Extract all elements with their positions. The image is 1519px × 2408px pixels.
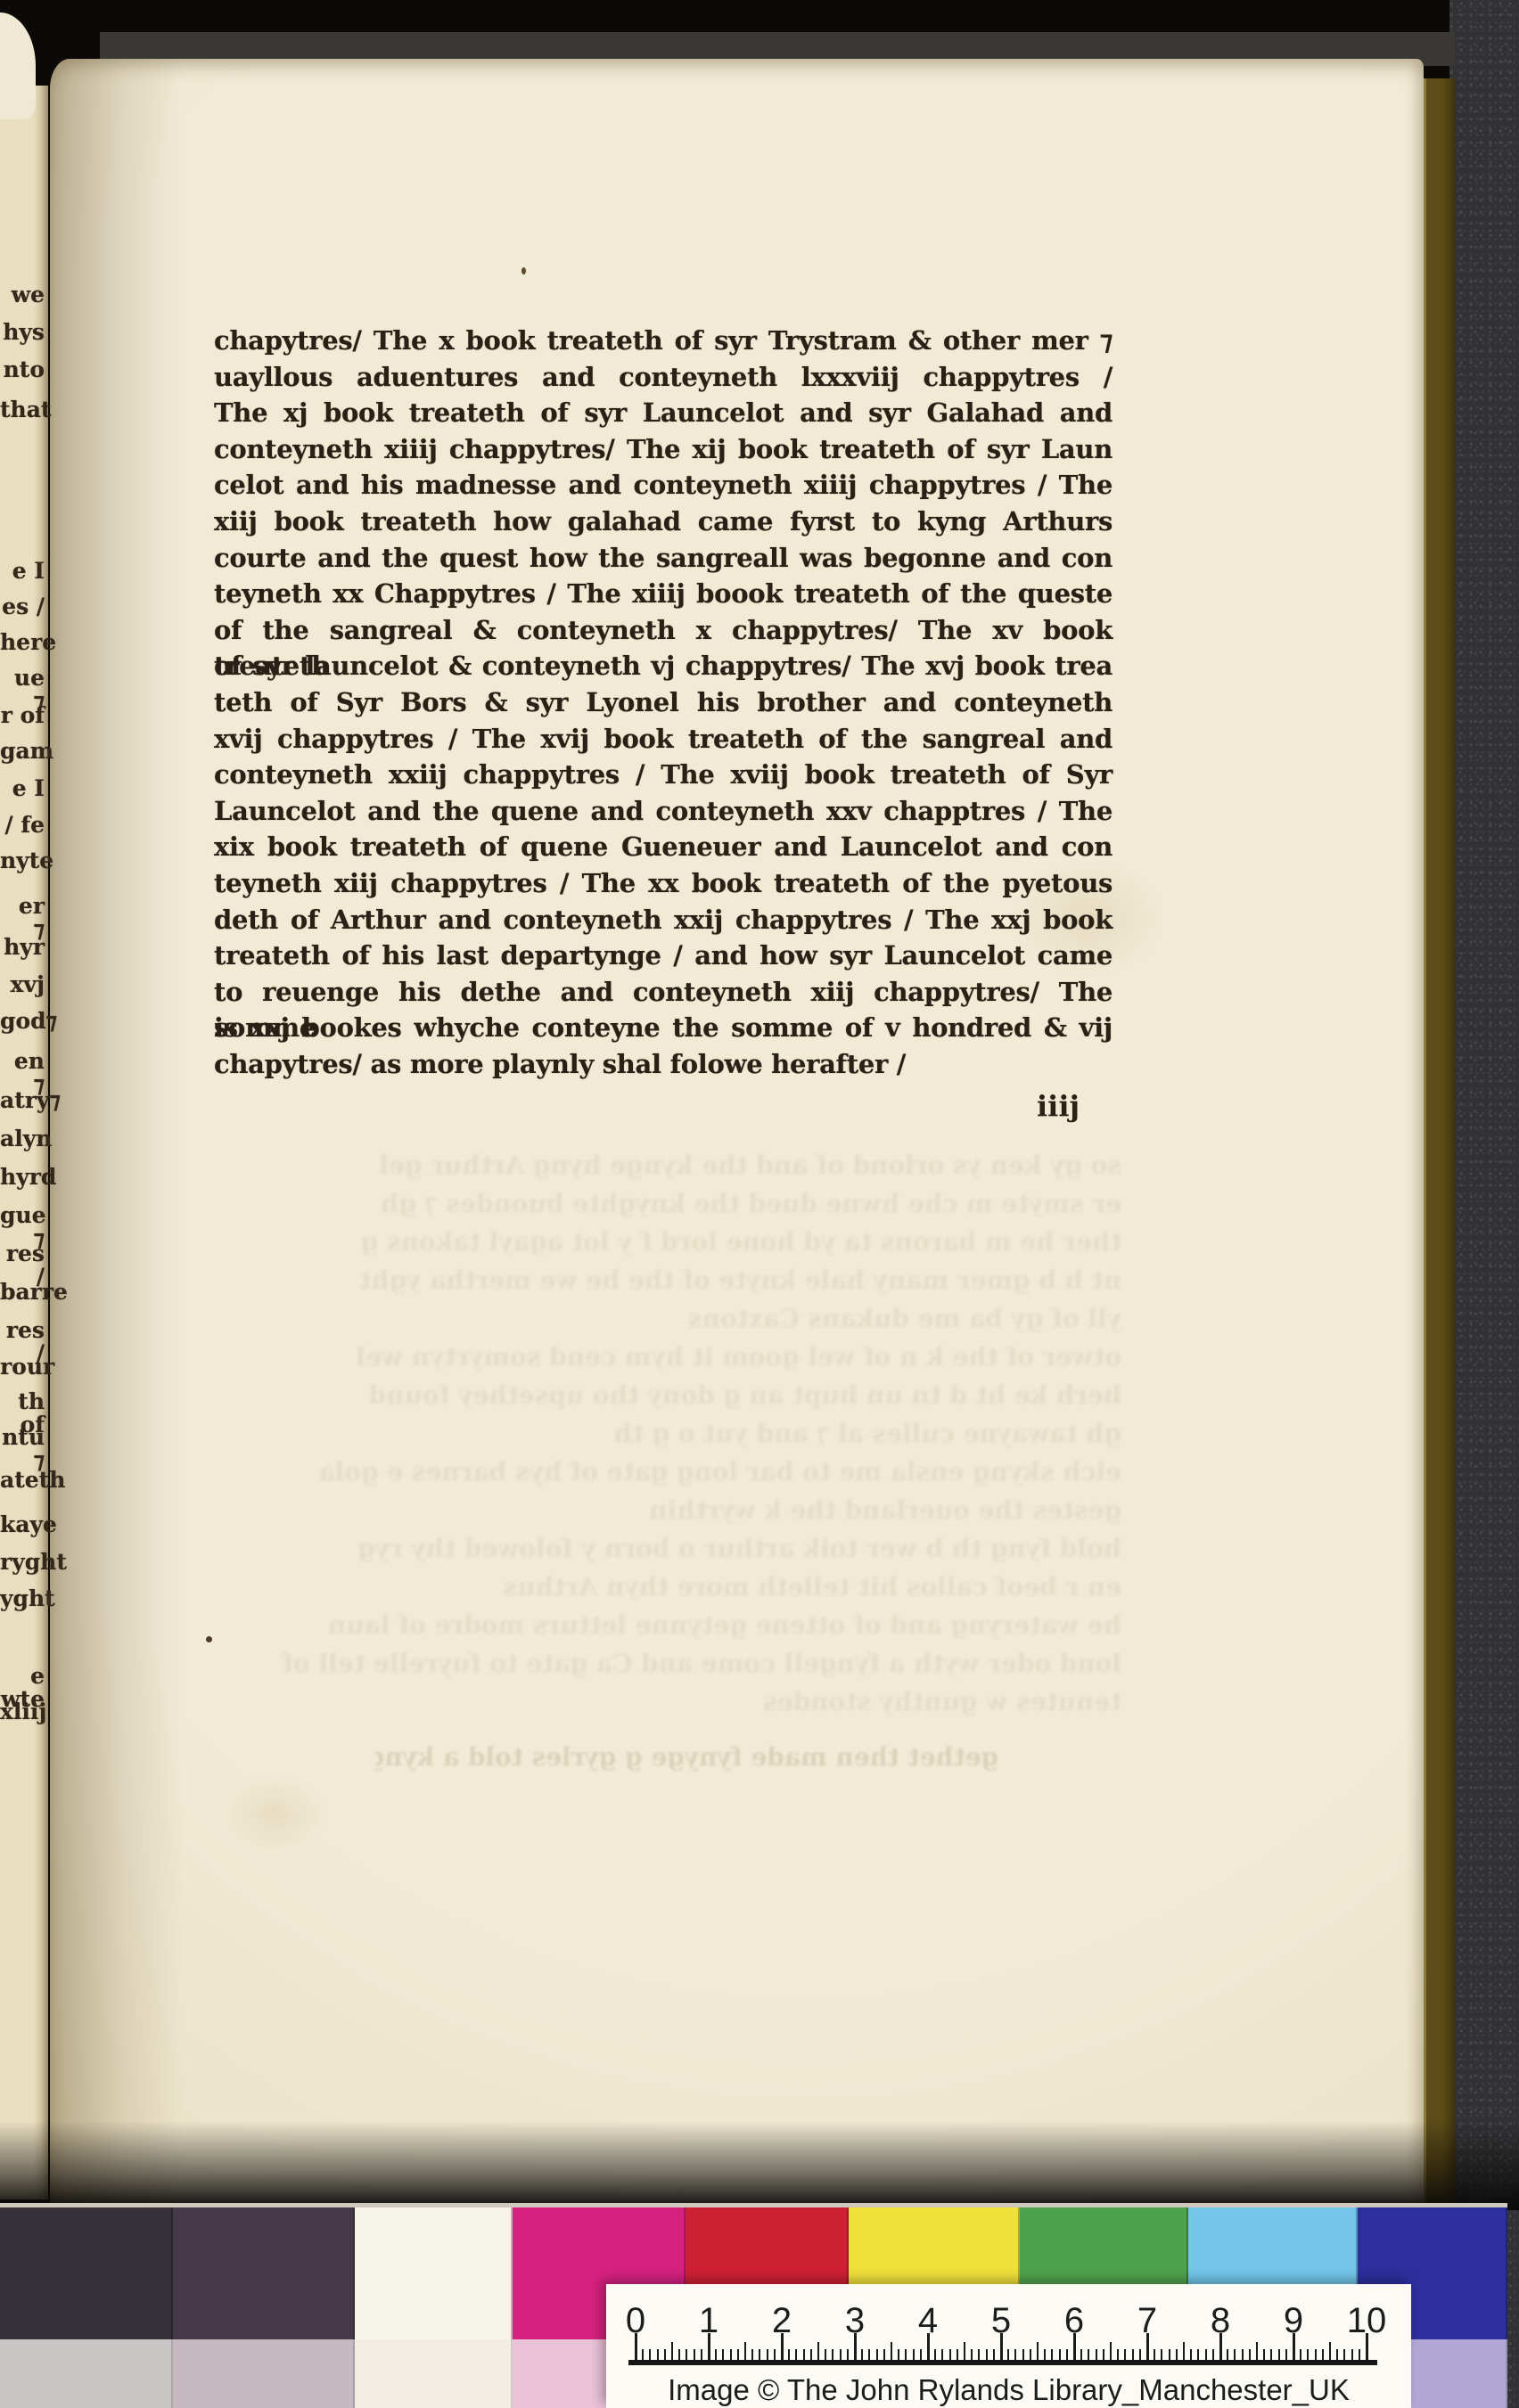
ruler-tick-mm <box>1022 2349 1024 2360</box>
ruler-tick-mm <box>1044 2349 1046 2360</box>
ruler-tick-mm <box>1007 2349 1009 2360</box>
ruler-tick-mm <box>1139 2349 1141 2360</box>
ruler-tick-mm <box>1066 2349 1068 2360</box>
ruler-tick-cm <box>1366 2333 1368 2360</box>
ruler-tick-mm <box>664 2349 666 2360</box>
ruler-tick-mm <box>861 2349 863 2360</box>
ruler-tick-mm <box>722 2349 724 2360</box>
ruler-baseline <box>628 2360 1377 2365</box>
ruler-tick-mm <box>1080 2349 1082 2360</box>
ruler-tick-mm <box>941 2349 943 2360</box>
ruler-tick-cm <box>781 2333 784 2360</box>
ruler-tick-mm <box>694 2349 695 2360</box>
ruler-tick-mm <box>1270 2349 1272 2360</box>
ruler-tick-mm <box>1096 2349 1097 2360</box>
ruler-tick-cm <box>1146 2333 1149 2360</box>
ruler-tick-mm <box>774 2349 776 2360</box>
ruler-tick-mm <box>678 2349 680 2360</box>
ruler-tick-mm <box>744 2342 746 2360</box>
ruler-tick-mm <box>1059 2349 1061 2360</box>
ruler-tick-mm <box>1132 2349 1134 2360</box>
ruler-tick-mm <box>934 2349 936 2360</box>
ruler-tick-mm <box>751 2349 753 2360</box>
ruler-tick-mm <box>825 2349 826 2360</box>
ruler-tick-mm <box>971 2349 973 2360</box>
ruler-tick-mm <box>737 2349 739 2360</box>
ruler-tick-mm <box>1278 2349 1280 2360</box>
ruler-tick-mm <box>1014 2349 1016 2360</box>
ruler-tick-mm <box>1315 2349 1317 2360</box>
ruler-tick-mm <box>1336 2349 1338 2360</box>
ruler-tick-cm <box>1000 2333 1003 2360</box>
ruler-tick-mm <box>686 2349 687 2360</box>
ruler-tick-mm <box>767 2349 768 2360</box>
ruler-tick-mm <box>1037 2342 1039 2360</box>
ruler-tick-mm <box>649 2349 651 2360</box>
ruler-tick-mm <box>913 2349 915 2360</box>
ruler-tick-mm <box>1256 2342 1258 2360</box>
ruler-tick-mm <box>1088 2349 1089 2360</box>
ruler-tick-cm <box>708 2333 710 2360</box>
ruler-tick-mm <box>1117 2349 1119 2360</box>
ruler-tick-mm <box>1343 2349 1345 2360</box>
ruler-tick-cm <box>1073 2333 1076 2360</box>
ruler-tick-mm <box>1183 2342 1185 2360</box>
ruler-tick-mm <box>1154 2349 1155 2360</box>
ruler-tick-mm <box>993 2349 995 2360</box>
ruler-tick-mm <box>898 2349 899 2360</box>
ruler-tick-mm <box>847 2349 849 2360</box>
copyright-caption: Image © The John Rylands Library_Manches… <box>606 2373 1411 2407</box>
photograph-of-book-page: chapytres/ The x book treateth of syr Tr… <box>0 0 1519 2408</box>
ruler-tick-mm <box>1285 2349 1287 2360</box>
ruler-tick-mm <box>1234 2349 1236 2360</box>
ruler-tick-mm <box>642 2349 644 2360</box>
ruler-tick-mm <box>832 2349 833 2360</box>
ruler-tick-mm <box>1161 2349 1162 2360</box>
ruler-tick-mm <box>920 2349 922 2360</box>
ruler-tick-mm <box>876 2349 878 2360</box>
ruler-tick-mm <box>657 2349 659 2360</box>
ruler-tick-mm <box>715 2349 717 2360</box>
centimetre-ruler: 012345678910 <box>0 0 1519 2408</box>
ruler-tick-mm <box>730 2349 732 2360</box>
ruler-tick-mm <box>905 2349 907 2360</box>
ruler-tick-mm <box>1242 2349 1244 2360</box>
ruler-tick-cm <box>635 2333 637 2360</box>
ruler-tick-mm <box>1124 2349 1126 2360</box>
ruler-tick-mm <box>1322 2349 1324 2360</box>
ruler-tick-mm <box>868 2349 870 2360</box>
ruler-tick-mm <box>1205 2349 1207 2360</box>
ruler-tick-mm <box>1300 2349 1301 2360</box>
ruler-tick-mm <box>964 2342 965 2360</box>
ruler-tick-mm <box>1351 2349 1353 2360</box>
ruler-tick-mm <box>949 2349 951 2360</box>
ruler-tick-mm <box>1103 2349 1104 2360</box>
ruler-tick-mm <box>1169 2349 1170 2360</box>
ruler-tick-mm <box>803 2349 805 2360</box>
ruler-tick-mm <box>1263 2349 1265 2360</box>
ruler-tick-mm <box>1051 2349 1053 2360</box>
ruler-tick-cm <box>1219 2333 1222 2360</box>
ruler-tick-mm <box>1212 2349 1214 2360</box>
ruler-tick-mm <box>701 2349 702 2360</box>
ruler-tick-cm <box>927 2333 930 2360</box>
ruler-tick-mm <box>1190 2349 1192 2360</box>
ruler-tick-cm <box>1293 2333 1295 2360</box>
ruler-tick-mm <box>1359 2349 1360 2360</box>
ruler-tick-mm <box>759 2349 760 2360</box>
ruler-tick-cm <box>854 2333 857 2360</box>
ruler-tick-mm <box>1197 2349 1199 2360</box>
ruler-tick-mm <box>1030 2349 1031 2360</box>
ruler-tick-mm <box>891 2342 892 2360</box>
ruler-tick-mm <box>1249 2349 1251 2360</box>
ruler-tick-mm <box>1227 2349 1228 2360</box>
ruler-tick-mm <box>1110 2342 1112 2360</box>
ruler-tick-mm <box>957 2349 958 2360</box>
ruler-tick-mm <box>1307 2349 1309 2360</box>
ruler-tick-mm <box>1329 2342 1331 2360</box>
ruler-tick-mm <box>978 2349 980 2360</box>
ruler-tick-mm <box>986 2349 988 2360</box>
ruler-tick-mm <box>883 2349 885 2360</box>
ruler-tick-mm <box>817 2342 819 2360</box>
ruler-tick-mm <box>671 2342 673 2360</box>
ruler-tick-mm <box>788 2349 790 2360</box>
ruler-tick-mm <box>1176 2349 1178 2360</box>
ruler-tick-mm <box>840 2349 842 2360</box>
ruler-tick-mm <box>810 2349 812 2360</box>
ruler-tick-mm <box>795 2349 797 2360</box>
